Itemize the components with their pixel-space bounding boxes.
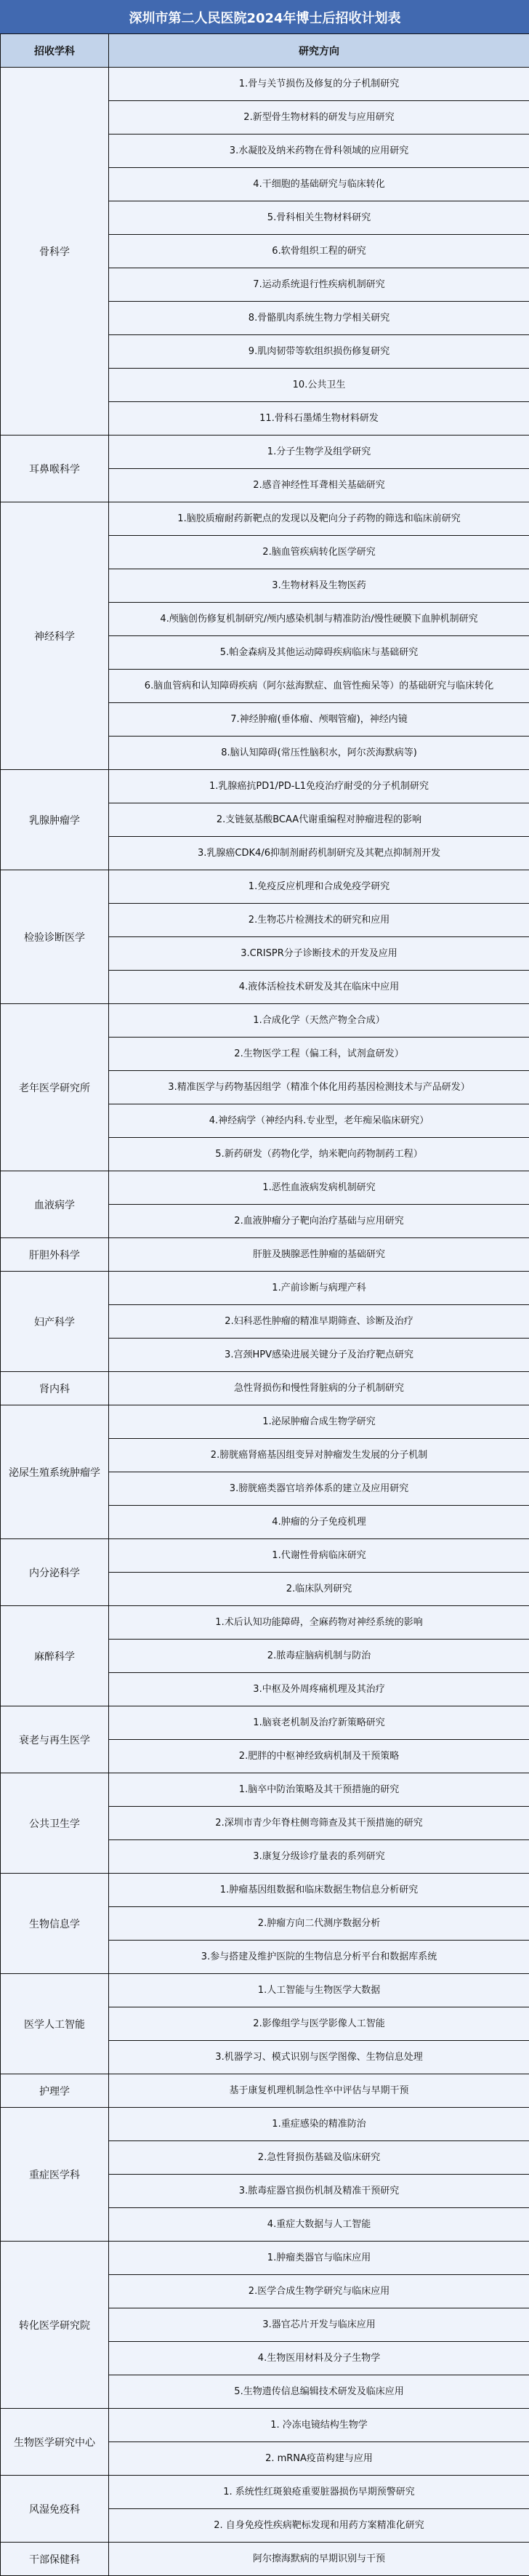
- research-direction-cell: 2.深圳市青少年脊柱侧弯筛查及其干预措施的研究: [109, 1807, 529, 1840]
- title-row: 深圳市第二人民医院2024年博士后招收计划表: [1, 1, 529, 34]
- research-direction-cell: 1.脑胶质瘤耐药新靶点的发现以及靶向分子药物的筛选和临床前研究: [109, 502, 529, 536]
- column-header-subject: 招收学科: [1, 34, 109, 68]
- research-direction-cell: 1.产前诊断与病理产科: [109, 1272, 529, 1305]
- research-direction-cell: 3.精准医学与药物基因组学（精准个体化用药基因检测技术与产品研发）: [109, 1071, 529, 1104]
- research-direction-cell: 1.人工智能与生物医学大数据: [109, 1974, 529, 2007]
- research-direction-cell: 基于康复机理机制急性卒中评估与早期干预: [109, 2074, 529, 2108]
- research-direction-cell: 5.骨科相关生物材料研究: [109, 201, 529, 235]
- research-direction-cell: 5.新药研发（药物化学，纳米靶向药物制药工程）: [109, 1138, 529, 1171]
- table-row: 生物医学研究中心1. 冷冻电镜结构生物学: [1, 2409, 529, 2442]
- research-direction-cell: 2.临床队列研究: [109, 1573, 529, 1606]
- table-row: 医学人工智能1.人工智能与生物医学大数据: [1, 1974, 529, 2007]
- research-direction-cell: 1.乳腺癌抗PD1/PD-L1免疫治疗耐受的分子机制研究: [109, 770, 529, 803]
- subject-cell: 检验诊断医学: [1, 870, 109, 1004]
- subject-cell: 衰老与再生医学: [1, 1706, 109, 1773]
- table-row: 妇产科学1.产前诊断与病理产科: [1, 1272, 529, 1305]
- research-direction-cell: 2.急性肾损伤基础及临床研究: [109, 2141, 529, 2175]
- research-direction-cell: 1. 冷冻电镜结构生物学: [109, 2409, 529, 2442]
- research-direction-cell: 2.肿瘤方向二代测序数据分析: [109, 1907, 529, 1941]
- research-direction-cell: 4.肿瘤的分子免疫机理: [109, 1506, 529, 1539]
- table-row: 公共卫生学1.脑卒中防治策略及其干预措施的研究: [1, 1773, 529, 1807]
- subject-cell: 肾内科: [1, 1372, 109, 1405]
- research-direction-cell: 2.医学合成生物学研究与临床应用: [109, 2275, 529, 2308]
- subject-cell: 肝胆外科学: [1, 1238, 109, 1272]
- subject-cell: 公共卫生学: [1, 1773, 109, 1874]
- research-direction-cell: 3.乳腺癌CDK4/6抑制剂耐药机制研究及其靶点抑制剂开发: [109, 837, 529, 870]
- research-direction-cell: 1.术后认知功能障碍，全麻药物对神经系统的影响: [109, 1606, 529, 1640]
- research-direction-cell: 3.器官芯片开发与临床应用: [109, 2308, 529, 2342]
- table-row: 转化医学研究院1.肿瘤类器官与临床应用: [1, 2242, 529, 2275]
- research-direction-cell: 1.骨与关节损伤及修复的分子机制研究: [109, 68, 529, 101]
- research-direction-cell: 7.运动系统退行性疾病机制研究: [109, 268, 529, 302]
- research-direction-cell: 9.肌肉韧带等软组织损伤修复研究: [109, 335, 529, 369]
- subject-cell: 乳腺肿瘤学: [1, 770, 109, 870]
- page-title: 深圳市第二人民医院2024年博士后招收计划表: [1, 1, 529, 34]
- research-direction-cell: 1.分子生物学及组学研究: [109, 436, 529, 469]
- table-row: 肝胆外科学肝脏及胰腺恶性肿瘤的基础研究: [1, 1238, 529, 1272]
- research-direction-cell: 2.新型骨生物材料的研发与应用研究: [109, 101, 529, 135]
- table-row: 护理学基于康复机理机制急性卒中评估与早期干预: [1, 2074, 529, 2108]
- research-direction-cell: 4.神经病学（神经内科.专业型，老年痴呆临床研究）: [109, 1104, 529, 1138]
- research-direction-cell: 1.合成化学（天然产物全合成）: [109, 1004, 529, 1038]
- table-row: 神经科学1.脑胶质瘤耐药新靶点的发现以及靶向分子药物的筛选和临床前研究: [1, 502, 529, 536]
- research-direction-cell: 肝脏及胰腺恶性肿瘤的基础研究: [109, 1238, 529, 1272]
- research-direction-cell: 3.中枢及外周疼痛机理及其治疗: [109, 1673, 529, 1706]
- research-direction-cell: 1.免疫反应机理和合成免疫学研究: [109, 870, 529, 904]
- research-direction-cell: 3.CRISPR分子诊断技术的开发及应用: [109, 937, 529, 971]
- research-direction-cell: 1.恶性血液病发病机制研究: [109, 1171, 529, 1205]
- research-direction-cell: 1.脑卒中防治策略及其干预措施的研究: [109, 1773, 529, 1807]
- research-direction-cell: 5.帕金森病及其他运动障碍疾病临床与基础研究: [109, 636, 529, 670]
- research-direction-cell: 4.重症大数据与人工智能: [109, 2208, 529, 2242]
- subject-cell: 生物信息学: [1, 1874, 109, 1974]
- table-row: 血液病学1.恶性血液病发病机制研究: [1, 1171, 529, 1205]
- table-row: 骨科学1.骨与关节损伤及修复的分子机制研究: [1, 68, 529, 101]
- subject-cell: 内分泌科学: [1, 1539, 109, 1606]
- research-direction-cell: 7.神经肿瘤(垂体瘤、颅咽管瘤)，神经内镜: [109, 703, 529, 737]
- table-row: 肾内科急性肾损伤和慢性肾脏病的分子机制研究: [1, 1372, 529, 1405]
- recruitment-plan-table: 深圳市第二人民医院2024年博士后招收计划表 招收学科 研究方向 骨科学1.骨与…: [0, 0, 529, 2576]
- subject-cell: 医学人工智能: [1, 1974, 109, 2074]
- research-direction-cell: 3.宫颈HPV感染进展关键分子及治疗靶点研究: [109, 1339, 529, 1372]
- subject-cell: 重症医学科: [1, 2108, 109, 2242]
- research-direction-cell: 1.肿瘤基因组数据和临床数据生物信息分析研究: [109, 1874, 529, 1907]
- subject-cell: 老年医学研究所: [1, 1004, 109, 1171]
- table-row: 耳鼻喉科学1.分子生物学及组学研究: [1, 436, 529, 469]
- research-direction-cell: 8.骨骼肌肉系统生物力学相关研究: [109, 302, 529, 335]
- research-direction-cell: 2. mRNA疫苗构建与应用: [109, 2442, 529, 2476]
- subject-cell: 骨科学: [1, 68, 109, 436]
- research-direction-cell: 3.康复分级诊疗量表的系列研究: [109, 1840, 529, 1874]
- research-direction-cell: 2.支链氨基酸BCAA代谢重编程对肿瘤进程的影响: [109, 803, 529, 837]
- subject-cell: 转化医学研究院: [1, 2242, 109, 2409]
- research-direction-cell: 2.生物芯片检测技术的研究和应用: [109, 904, 529, 937]
- research-direction-cell: 3.机器学习、模式识别与医学图像、生物信息处理: [109, 2041, 529, 2074]
- research-direction-cell: 3.生物材料及生物医药: [109, 569, 529, 603]
- research-direction-cell: 4.干细胞的基础研究与临床转化: [109, 168, 529, 201]
- subject-cell: 耳鼻喉科学: [1, 436, 109, 502]
- research-direction-cell: 1.重症感染的精准防治: [109, 2108, 529, 2141]
- research-direction-cell: 1.肿瘤类器官与临床应用: [109, 2242, 529, 2275]
- research-direction-cell: 3.水凝胶及纳米药物在骨科领域的应用研究: [109, 135, 529, 168]
- subject-cell: 麻醉科学: [1, 1606, 109, 1706]
- research-direction-cell: 3.脓毒症器官损伤机制及精准干预研究: [109, 2175, 529, 2208]
- research-direction-cell: 10.公共卫生: [109, 369, 529, 402]
- research-direction-cell: 1.脑衰老机制及治疗新策略研究: [109, 1706, 529, 1740]
- subject-cell: 风湿免疫科: [1, 2476, 109, 2543]
- table-row: 衰老与再生医学1.脑衰老机制及治疗新策略研究: [1, 1706, 529, 1740]
- table-row: 内分泌科学1.代谢性骨病临床研究: [1, 1539, 529, 1573]
- subject-cell: 护理学: [1, 2074, 109, 2108]
- table-row: 生物信息学1.肿瘤基因组数据和临床数据生物信息分析研究: [1, 1874, 529, 1907]
- table-row: 泌尿生殖系统肿瘤学1.泌尿肿瘤合成生物学研究: [1, 1405, 529, 1439]
- research-direction-cell: 1. 系统性红斑狼疮重要脏器损伤早期预警研究: [109, 2476, 529, 2509]
- table-row: 风湿免疫科1. 系统性红斑狼疮重要脏器损伤早期预警研究: [1, 2476, 529, 2509]
- research-direction-cell: 急性肾损伤和慢性肾脏病的分子机制研究: [109, 1372, 529, 1405]
- research-direction-cell: 1.泌尿肿瘤合成生物学研究: [109, 1405, 529, 1439]
- research-direction-cell: 阿尔擦海默病的早期识别与干预: [109, 2543, 529, 2576]
- research-direction-cell: 1.代谢性骨病临床研究: [109, 1539, 529, 1573]
- research-direction-cell: 2.血液肿瘤分子靶向治疗基础与应用研究: [109, 1205, 529, 1238]
- subject-cell: 神经科学: [1, 502, 109, 770]
- research-direction-cell: 2. 自身免疫性疾病靶标发现和用药方案精准化研究: [109, 2509, 529, 2543]
- table-row: 干部保健科阿尔擦海默病的早期识别与干预: [1, 2543, 529, 2576]
- subject-cell: 泌尿生殖系统肿瘤学: [1, 1405, 109, 1539]
- research-direction-cell: 8.脑认知障碍(常压性脑积水，阿尔茨海默病等): [109, 737, 529, 770]
- research-direction-cell: 4.颅脑创伤修复机制研究/颅内感染机制与精准防治/慢性硬膜下血肿机制研究: [109, 603, 529, 636]
- subject-cell: 生物医学研究中心: [1, 2409, 109, 2476]
- research-direction-cell: 4.液体活检技术研发及其在临床中应用: [109, 971, 529, 1004]
- header-row: 招收学科 研究方向: [1, 34, 529, 68]
- research-direction-cell: 2.感音神经性耳聋相关基础研究: [109, 469, 529, 502]
- research-direction-cell: 11.骨科石墨烯生物材料研发: [109, 402, 529, 436]
- research-direction-cell: 2.影像组学与医学影像人工智能: [109, 2007, 529, 2041]
- research-direction-cell: 2.膀胱癌肾癌基因组变异对肿瘤发生发展的分子机制: [109, 1439, 529, 1472]
- research-direction-cell: 2.生物医学工程（偏工科，试剂盒研发）: [109, 1038, 529, 1071]
- table-row: 麻醉科学1.术后认知功能障碍，全麻药物对神经系统的影响: [1, 1606, 529, 1640]
- research-direction-cell: 2.肥胖的中枢神经致病机制及干预策略: [109, 1740, 529, 1773]
- research-direction-cell: 5.生物遗传信息编辑技术研发及临床应用: [109, 2375, 529, 2409]
- table-row: 乳腺肿瘤学1.乳腺癌抗PD1/PD-L1免疫治疗耐受的分子机制研究: [1, 770, 529, 803]
- research-direction-cell: 2.脓毒症脑病机制与防治: [109, 1640, 529, 1673]
- table-row: 检验诊断医学1.免疫反应机理和合成免疫学研究: [1, 870, 529, 904]
- research-direction-cell: 3.参与搭建及维护医院的生物信息分析平台和数据库系统: [109, 1941, 529, 1974]
- column-header-direction: 研究方向: [109, 34, 529, 68]
- research-direction-cell: 3.膀胱癌类器官培养体系的建立及应用研究: [109, 1472, 529, 1506]
- research-direction-cell: 6.脑血管病和认知障碍疾病（阿尔兹海默症、血管性痴呆等）的基础研究与临床转化: [109, 670, 529, 703]
- subject-cell: 血液病学: [1, 1171, 109, 1238]
- research-direction-cell: 2.妇科恶性肿瘤的精准早期筛查、诊断及治疗: [109, 1305, 529, 1339]
- subject-cell: 干部保健科: [1, 2543, 109, 2576]
- table-row: 重症医学科1.重症感染的精准防治: [1, 2108, 529, 2141]
- research-direction-cell: 2.脑血管疾病转化医学研究: [109, 536, 529, 569]
- table-row: 老年医学研究所1.合成化学（天然产物全合成）: [1, 1004, 529, 1038]
- table-body: 骨科学1.骨与关节损伤及修复的分子机制研究2.新型骨生物材料的研发与应用研究3.…: [1, 68, 529, 2576]
- research-direction-cell: 4.生物医用材料及分子生物学: [109, 2342, 529, 2375]
- research-direction-cell: 6.软骨组织工程的研究: [109, 235, 529, 268]
- subject-cell: 妇产科学: [1, 1272, 109, 1372]
